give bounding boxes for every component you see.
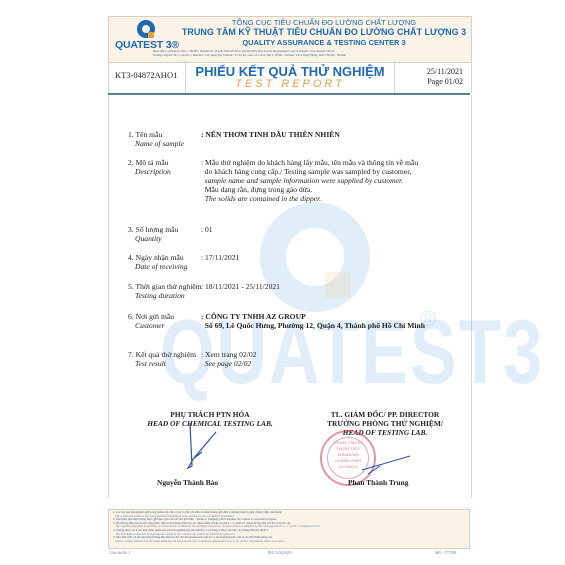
field-label-vi: 6. Nơi gửi mẫu — [128, 312, 208, 321]
field-value-line: : 18/11/2021 - 25/11/2021 — [201, 282, 461, 291]
field-value: : 17/11/2021 — [201, 253, 461, 262]
field-value-line: Mẫu dạng rắn, đựng trong gáo dừa. — [201, 185, 461, 194]
footer-notes: 1. Các kết quả thử nghiệm ghi trong phiế… — [108, 509, 470, 549]
field-label: 4. Ngày nhận mẫuDate of receiving — [128, 253, 208, 271]
right-title-line1: TL. GIÁM ĐỐC/ PP. DIRECTOR — [300, 410, 470, 419]
report-date-block: 25/11/2021 Page 01/02 — [427, 67, 463, 87]
center-name-en: QUALITY ASSURANCE & TESTING CENTER 3 — [179, 38, 469, 47]
field-value-line: The solids are contained in the dipper. — [201, 194, 461, 203]
field-value-line: : 01 — [201, 225, 461, 234]
center-name-vi: TRUNG TÂM KỸ THUẬT TIÊU CHUẨN ĐO LƯỜNG C… — [179, 27, 469, 37]
footer-form-code: BH15 (04/2020) — [268, 551, 292, 555]
field-label: 5. Thời gian thử nghiệmTesting duration — [128, 282, 208, 300]
left-title-vi: PHỤ TRÁCH PTN HÓA — [120, 410, 300, 419]
test-report-page: QUATEST 3® TỔNG CỤC TIÊU CHUẨN ĐO LƯỜNG … — [0, 0, 565, 565]
footer-doc-code: M01 - TT7006 — [435, 551, 456, 555]
field-value: : CÔNG TY TNHH AZ GROUP Số 69, Lê Quốc H… — [201, 312, 461, 330]
report-title-en: TEST REPORT — [185, 78, 395, 90]
report-title-vi: PHIẾU KẾT QUẢ THỬ NGHIỆM — [185, 64, 395, 79]
letterhead: QUATEST 3® TỔNG CỤC TIÊU CHUẨN ĐO LƯỜNG … — [108, 16, 472, 63]
field-label-en: Testing duration — [128, 291, 208, 300]
field-value-line: : NẾN THƠM TINH DẦU THIÊN NHIÊN — [201, 130, 461, 139]
right-title-line2: TRƯỞNG PHÒNG THỬ NGHIỆM/ — [300, 419, 470, 428]
footer-note-line: Please contact Quatest 3 at the email ad… — [113, 540, 465, 544]
quatest-logo: QUATEST 3® — [115, 19, 177, 51]
field-label-vi: 3. Số lượng mẫu — [128, 225, 208, 234]
report-code-cell: KT3-04872AHO1 — [109, 61, 186, 93]
field-label-en: Customer — [128, 321, 208, 330]
field-label-vi: 7. Kết quả thử nghiệm — [128, 350, 208, 359]
field-label-en: Description — [128, 167, 208, 176]
field-label-en: Date of receiving — [128, 262, 208, 271]
field-label: 2. Mô tả mẫuDescription — [128, 158, 208, 176]
field-label-vi: 1. Tên mẫu — [128, 130, 208, 139]
signature-right-title: TL. GIÁM ĐỐC/ PP. DIRECTOR TRƯỞNG PHÒNG … — [300, 410, 470, 437]
field-value-line: do khách hàng cung cấp./ Testing sample … — [201, 167, 461, 176]
report-code: KT3-04872AHO1 — [115, 70, 177, 80]
logo-dot-icon — [148, 32, 154, 38]
field-label: 6. Nơi gửi mẫuCustomer — [128, 312, 208, 330]
field-value: : NẾN THƠM TINH DẦU THIÊN NHIÊN — [201, 130, 461, 139]
footer-revision: Lần sửa đổi: 1 — [110, 551, 131, 555]
field-value-line: : CÔNG TY TNHH AZ GROUP — [201, 312, 461, 321]
field-value-line: See page 02/02 — [201, 359, 461, 368]
field-label-en: Quantity — [128, 234, 208, 243]
agency-name: TỔNG CỤC TIÊU CHUẨN ĐO LƯỜNG CHẤT LƯỢNG — [179, 18, 469, 27]
signer-left-name: Nguyễn Thành Bảo — [157, 478, 218, 487]
field-value: : 01 — [201, 225, 461, 234]
field-value-line: sample name and sample information were … — [201, 176, 461, 185]
field-value: : Xem trang 02/02 See page 02/02 — [201, 350, 461, 368]
field-label-en: Test result — [128, 359, 208, 368]
field-value: : 18/11/2021 - 25/11/2021 — [201, 282, 461, 291]
signature-left-icon — [180, 422, 230, 472]
report-title-row: KT3-04872AHO1 PHIẾU KẾT QUẢ THỬ NGHIỆM T… — [108, 61, 472, 93]
signer-right-name: Phan Thành Trung — [348, 478, 408, 487]
field-label-vi: 4. Ngày nhận mẫu — [128, 253, 208, 262]
field-value: : Mẫu thử nghiệm do khách hàng lấy mẫu, … — [201, 158, 461, 203]
contact-line-2: Testing Complex: No 7, road No 1, Bien H… — [153, 54, 467, 58]
field-value-line: : Xem trang 02/02 — [201, 350, 461, 359]
field-label-en: Name of sample — [128, 139, 208, 148]
field-label-vi: 2. Mô tả mẫu — [128, 158, 208, 167]
report-date: 25/11/2021 — [427, 67, 463, 77]
right-title-en: HEAD OF TESTING LAB. — [300, 428, 470, 437]
contact-info: Head Office: 49 Pasteur, Dist. 1, HCMC, … — [153, 50, 467, 58]
field-label: 7. Kết quả thử nghiệmTest result — [128, 350, 208, 368]
report-date-cell: 25/11/2021 Page 01/02 — [394, 61, 471, 93]
field-value-line: : Mẫu thử nghiệm do khách hàng lấy mẫu, … — [201, 158, 461, 167]
field-value-line: Số 69, Lê Quốc Hưng, Phường 12, Quận 4, … — [201, 321, 461, 330]
field-label: 1. Tên mẫuName of sample — [128, 130, 208, 148]
field-label: 3. Số lượng mẫuQuantity — [128, 225, 208, 243]
field-label-vi: 5. Thời gian thử nghiệm — [128, 282, 208, 291]
signature-right-icon — [360, 450, 420, 480]
page-number: Page 01/02 — [427, 77, 463, 87]
field-value-line: : 17/11/2021 — [201, 253, 461, 262]
